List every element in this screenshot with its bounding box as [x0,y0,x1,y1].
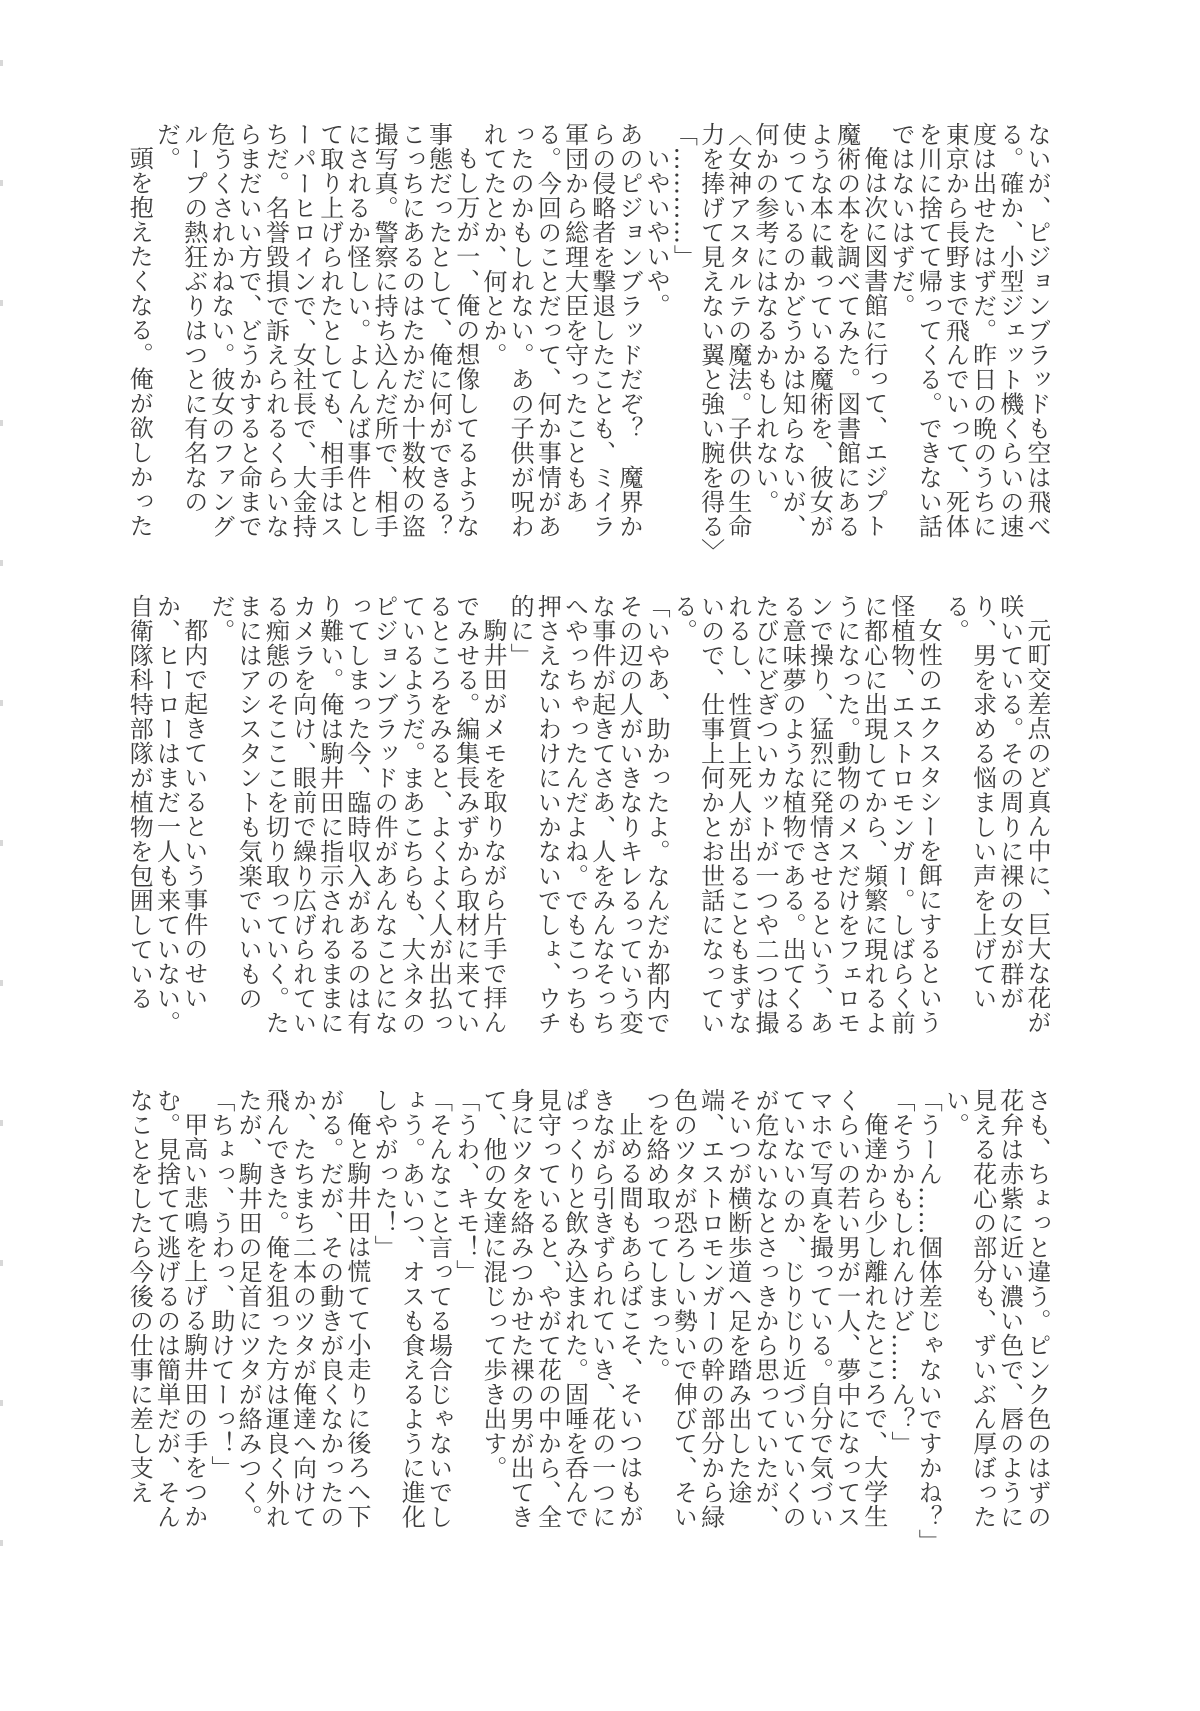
paragraph: 俺達から少し離れたところで、大学生くらいの若い男が一人、夢中になってスマホで写真… [642,1088,887,1550]
paragraph: 俺と駒井田は慌てて小走りに後ろへ下がる。だが、その動きが良くなかったのか、たちま… [234,1088,370,1550]
paragraph: ないが、ピジョンブラッドも空は飛べる。確か、小型ジェット機くらいの速度は出せたは… [887,122,1050,562]
dialog-paragraph: 「ちょっ、うわっ、助けてーっ！」 [207,1088,234,1550]
dialog-paragraph: 「そうかもしれんけど……ん？」 [887,1088,914,1550]
paragraph: 俺は次に図書館に行って、エジプト魔術の本を調べてみた。図書館にあるような本に載っ… [751,122,887,562]
paragraph: さも、ちょっと違う。ピンク色のはずの花弁は赤紫に近い濃い色で、唇のように見える花… [941,1088,1050,1550]
dialog-paragraph: 「…………」 [669,122,696,562]
paragraph: 駒井田がメモを取りながら片手で拝んでみせる。編集長みずから取材に来ているところを… [207,594,506,1054]
paragraph: 都内で起きているという事件のせいか、ヒーローはまだ一人も来ていない。自衛隊科特部… [130,594,207,1054]
dialog-paragraph: 「うーん……個体差じゃないですかね？」 [914,1088,941,1550]
text-tier-top: ないが、ピジョンブラッドも空は飛べる。確か、小型ジェット機くらいの速度は出せたは… [130,122,1050,562]
text-tier-bottom: さも、ちょっと違う。ピンク色のはずの花弁は赤紫に近い濃い色で、唇のように見える花… [130,1088,1050,1550]
paragraph: あのピジョンブラッドだぞ？ 魔界からの侵略者を撃退したことも、ミイラ軍団から総理… [479,122,642,562]
paragraph: 頭を抱えたくなる。俺が欲しかったのはゴシップだ。本物の犯罪じゃない。こんなのは俺… [130,122,152,562]
book-page: ないが、ピジョンブラッドも空は飛べる。確か、小型ジェット機くらいの速度は出せたは… [0,0,1200,1711]
dialog-paragraph: 「そんなこと言ってる場合じゃないでしょう。あいつ、オスも食えるように進化しやがっ… [370,1088,452,1550]
page-edge-marks [0,0,8,1711]
quote-paragraph: 〈女神アスタルテの魔法。子供の生命力を捧げて見えない翼と強い腕を得る〉 [696,122,750,562]
paragraph: 元町交差点のど真ん中に、巨大な花が咲いている。その周りに裸の女が群がり、男を求め… [941,594,1050,1054]
paragraph: もし万が一、俺の想像してるような事態だったとして、俺に何ができる？ こっちにある… [152,122,478,562]
dialog-paragraph: 「いやあ、助かったよ。なんだか都内でその辺の人がいきなりキレるっていう変な事件が… [506,594,669,1054]
dialog-paragraph: 「うわ、キモ！」 [452,1088,479,1550]
paragraph: いやいやいや。 [642,122,669,562]
paragraph: 止める間もあらばこそ、そいつはもがきながら引きずられていき、花の一つにぱっくりと… [479,1088,642,1550]
paragraph: 女性のエクスタシーを餌にするという怪植物、エストロモンガー。しばらく前に都心に出… [669,594,941,1054]
paragraph: 甲高い悲鳴を上げる駒井田の手をつかむ。見捨てて逃げるのは簡単だが、そんなことをし… [130,1088,207,1550]
text-tier-middle: 元町交差点のど真ん中に、巨大な花が咲いている。その周りに裸の女が群がり、男を求め… [130,594,1050,1054]
